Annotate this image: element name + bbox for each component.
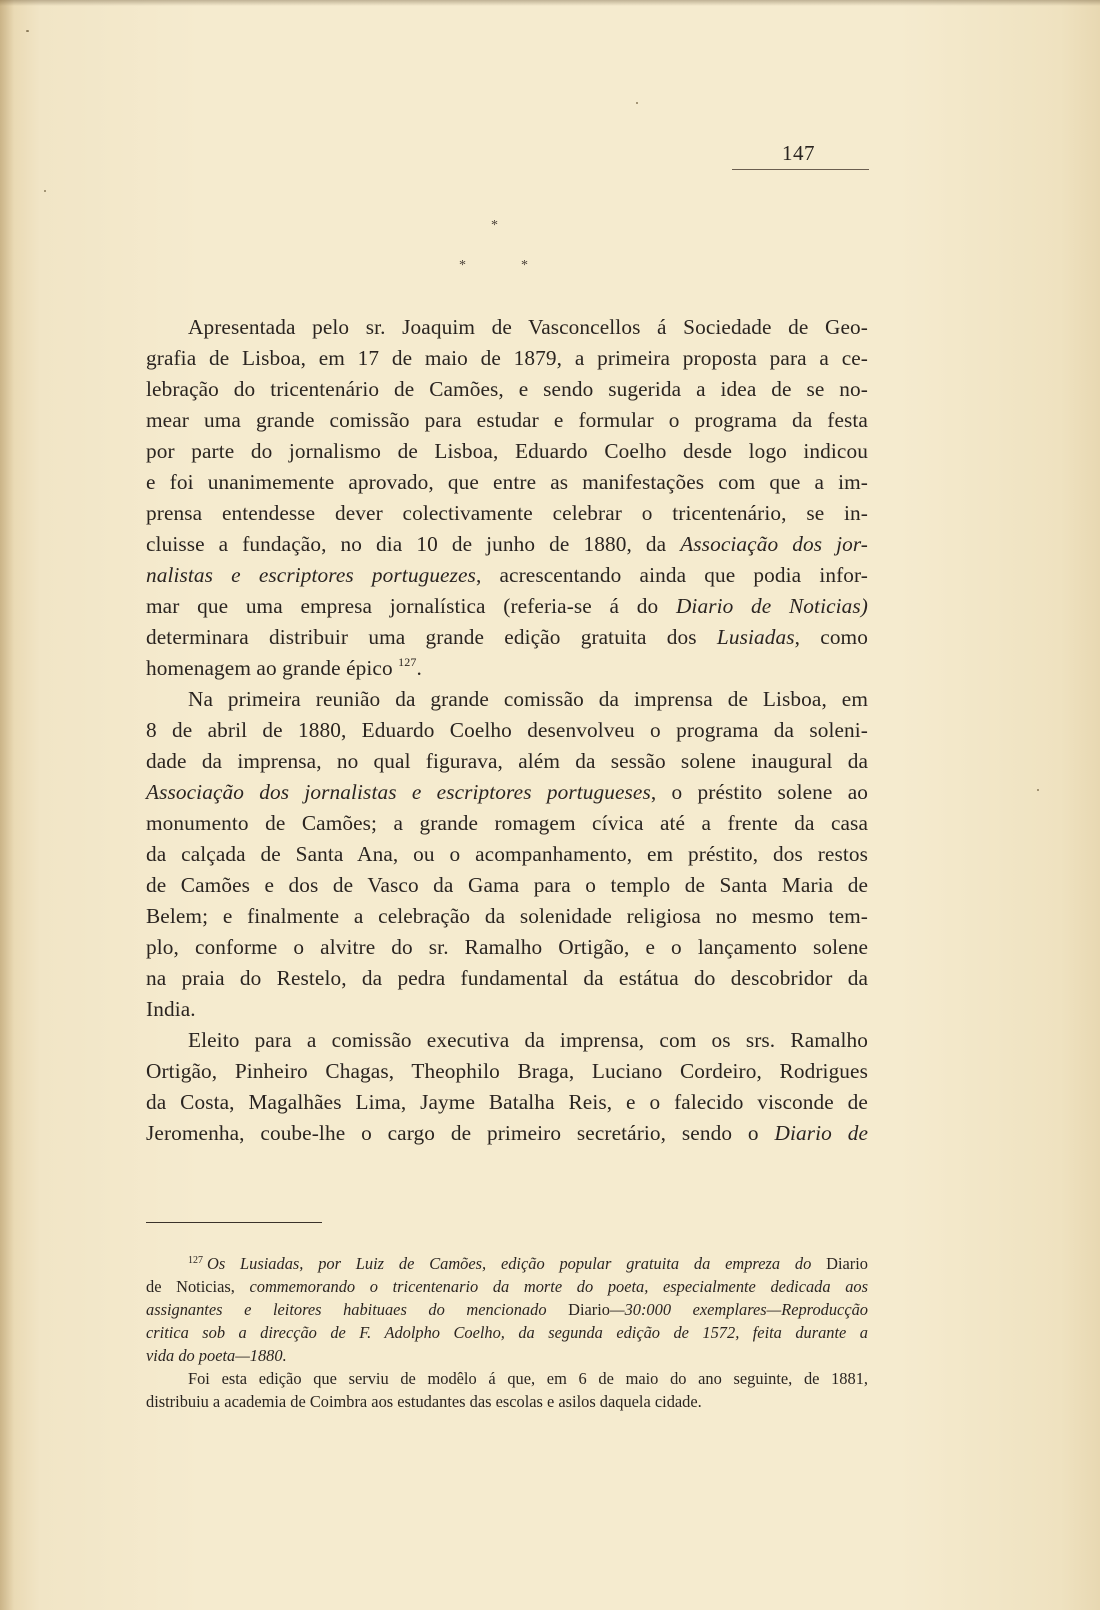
text-segment: dade da imprensa, no qual figurava, além… [146,749,868,773]
text-segment: Na primeira reunião da grande comissão d… [188,687,868,711]
text-segment: mear uma grande comissão para estudar e … [146,408,868,432]
text-segment: de Noticias, [146,1277,250,1296]
text-segment: lebração do tricentenário de Camões, e s… [146,377,868,401]
header-rule [732,169,869,170]
body-text: Apresentada pelo sr. Joaquim de Vasconce… [146,312,868,1149]
text-line: Jeromenha, coube-lhe o cargo de primeiro… [146,1118,868,1149]
text-segment: Ortigão, Pinheiro Chagas, Theophilo Brag… [146,1059,868,1083]
text-line: dade da imprensa, no qual figurava, além… [146,746,868,777]
italic-text: commemorando o tricentenario da morte do… [250,1277,869,1296]
italic-text: Diario de [774,1121,868,1145]
text-segment: mar que uma empresa jornalística (referi… [146,594,676,618]
text-segment: , acrescentando ainda que podia infor- [476,563,868,587]
paper-speck [636,102,638,104]
paper-speck [26,30,29,32]
text-line: Foi esta edição que serviu de modêlo á q… [146,1367,868,1390]
text-segment: Apresentada pelo sr. Joaquim de Vasconce… [188,315,868,339]
text-line: determinara distribuir uma grande edição… [146,622,868,653]
text-segment: homenagem ao grande épico [146,656,398,680]
scan-top-shadow [0,0,1100,6]
text-segment: , como [795,625,868,649]
text-segment: determinara distribuir uma grande edição… [146,625,717,649]
italic-text: nalistas e escriptores portuguezes [146,563,476,587]
text-segment: por parte do jornalismo de Lisboa, Eduar… [146,439,868,463]
footnotes: 127Os Lusiadas, por Luiz de Camões, ediç… [146,1252,868,1413]
text-line: distribuiu a academia de Coimbra aos est… [146,1390,868,1413]
text-segment: Belem; e finalmente a celebração da sole… [146,904,868,928]
italic-text: critica sob a direcção de F. Adolpho Coe… [146,1323,868,1342]
italic-text: —30:000 exemplares—Reproducção [610,1300,868,1319]
asterism-star-top: * [491,218,498,234]
text-segment: Diario [547,1300,610,1319]
text-segment: Eleito para a comissão executiva da impr… [188,1028,868,1052]
text-segment: plo, conforme o alvitre do sr. Ramalho O… [146,935,868,959]
text-segment: da Costa, Magalhães Lima, Jayme Batalha … [146,1090,868,1114]
text-line: por parte do jornalismo de Lisboa, Eduar… [146,436,868,467]
text-line: Ortigão, Pinheiro Chagas, Theophilo Brag… [146,1056,868,1087]
text-line: homenagem ao grande épico 127. [146,653,868,684]
text-line: de Camões e dos de Vasco da Gama para o … [146,870,868,901]
text-line: 127Os Lusiadas, por Luiz de Camões, ediç… [146,1252,868,1275]
text-segment: Foi esta edição que serviu de modêlo á q… [188,1369,868,1388]
page-number: 147 [782,141,815,166]
text-line: Eleito para a comissão executiva da impr… [146,1025,868,1056]
asterism-star-right: * [521,258,528,274]
text-line: critica sob a direcção de F. Adolpho Coe… [146,1321,868,1344]
book-page: 147 * * * Apresentada pelo sr. Joaquim d… [0,0,1100,1610]
text-line: de Noticias, commemorando o tricentenari… [146,1275,868,1298]
text-line: Na primeira reunião da grande comissão d… [146,684,868,715]
text-segment: grafia de Lisboa, em 17 de maio de 1879,… [146,346,868,370]
text-line: India. [146,994,868,1025]
text-line: grafia de Lisboa, em 17 de maio de 1879,… [146,343,868,374]
text-line: plo, conforme o alvitre do sr. Ramalho O… [146,932,868,963]
text-segment: , o préstito solene ao [651,780,868,804]
italic-text: vida do poeta—1880. [146,1346,287,1365]
text-segment: 8 de abril de 1880, Eduardo Coelho desen… [146,718,868,742]
text-line: mear uma grande comissão para estudar e … [146,405,868,436]
text-line: Belem; e finalmente a celebração da sole… [146,901,868,932]
text-line: cluisse a fundação, no dia 10 de junho d… [146,529,868,560]
text-segment: cluisse a fundação, no dia 10 de junho d… [146,532,680,556]
text-line: assignantes e leitores habituaes do menc… [146,1298,868,1321]
italic-text: assignantes e leitores habituaes do menc… [146,1300,547,1319]
paper-speck [44,190,46,192]
italic-text: Os Lusiadas, por Luiz de Camões, edição … [207,1254,811,1273]
text-line: na praia do Restelo, da pedra fundamenta… [146,963,868,994]
text-segment: da calçada de Santa Ana, ou o acompanham… [146,842,868,866]
text-line: mar que uma empresa jornalística (referi… [146,591,868,622]
scan-binding-shadow [0,0,14,1610]
paper-speck [1037,789,1039,791]
text-line: monumento de Camões; a grande romagem cí… [146,808,868,839]
text-segment: e foi unanimemente aprovado, que entre a… [146,470,868,494]
text-segment: de Camões e dos de Vasco da Gama para o … [146,873,868,897]
text-line: 8 de abril de 1880, Eduardo Coelho desen… [146,715,868,746]
text-segment: India. [146,997,196,1021]
text-line: nalistas e escriptores portuguezes, acre… [146,560,868,591]
text-segment: Diario [811,1254,868,1273]
text-line: lebração do tricentenário de Camões, e s… [146,374,868,405]
asterism-star-left: * [459,258,466,274]
text-line: prensa entendesse dever colectivamente c… [146,498,868,529]
text-line: da Costa, Magalhães Lima, Jayme Batalha … [146,1087,868,1118]
text-line: Apresentada pelo sr. Joaquim de Vasconce… [146,312,868,343]
italic-text: Lusiadas [717,625,795,649]
text-line: vida do poeta—1880. [146,1344,868,1367]
text-segment: . [416,656,421,680]
text-line: Associação dos jornalistas e escriptores… [146,777,868,808]
footnote-reference: 127 [398,655,416,669]
footnote-marker: 127 [188,1255,203,1266]
italic-text: Diario de Noticias) [676,594,868,618]
text-segment: prensa entendesse dever colectivamente c… [146,501,868,525]
text-segment: na praia do Restelo, da pedra fundamenta… [146,966,868,990]
text-segment: distribuiu a academia de Coimbra aos est… [146,1392,702,1411]
text-segment: Jeromenha, coube-lhe o cargo de primeiro… [146,1121,774,1145]
italic-text: Associação dos jor- [680,532,868,556]
text-line: da calçada de Santa Ana, ou o acompanham… [146,839,868,870]
text-line: e foi unanimemente aprovado, que entre a… [146,467,868,498]
footnote-rule [146,1222,322,1223]
italic-text: Associação dos jornalistas e escriptores… [146,780,651,804]
text-segment: monumento de Camões; a grande romagem cí… [146,811,868,835]
